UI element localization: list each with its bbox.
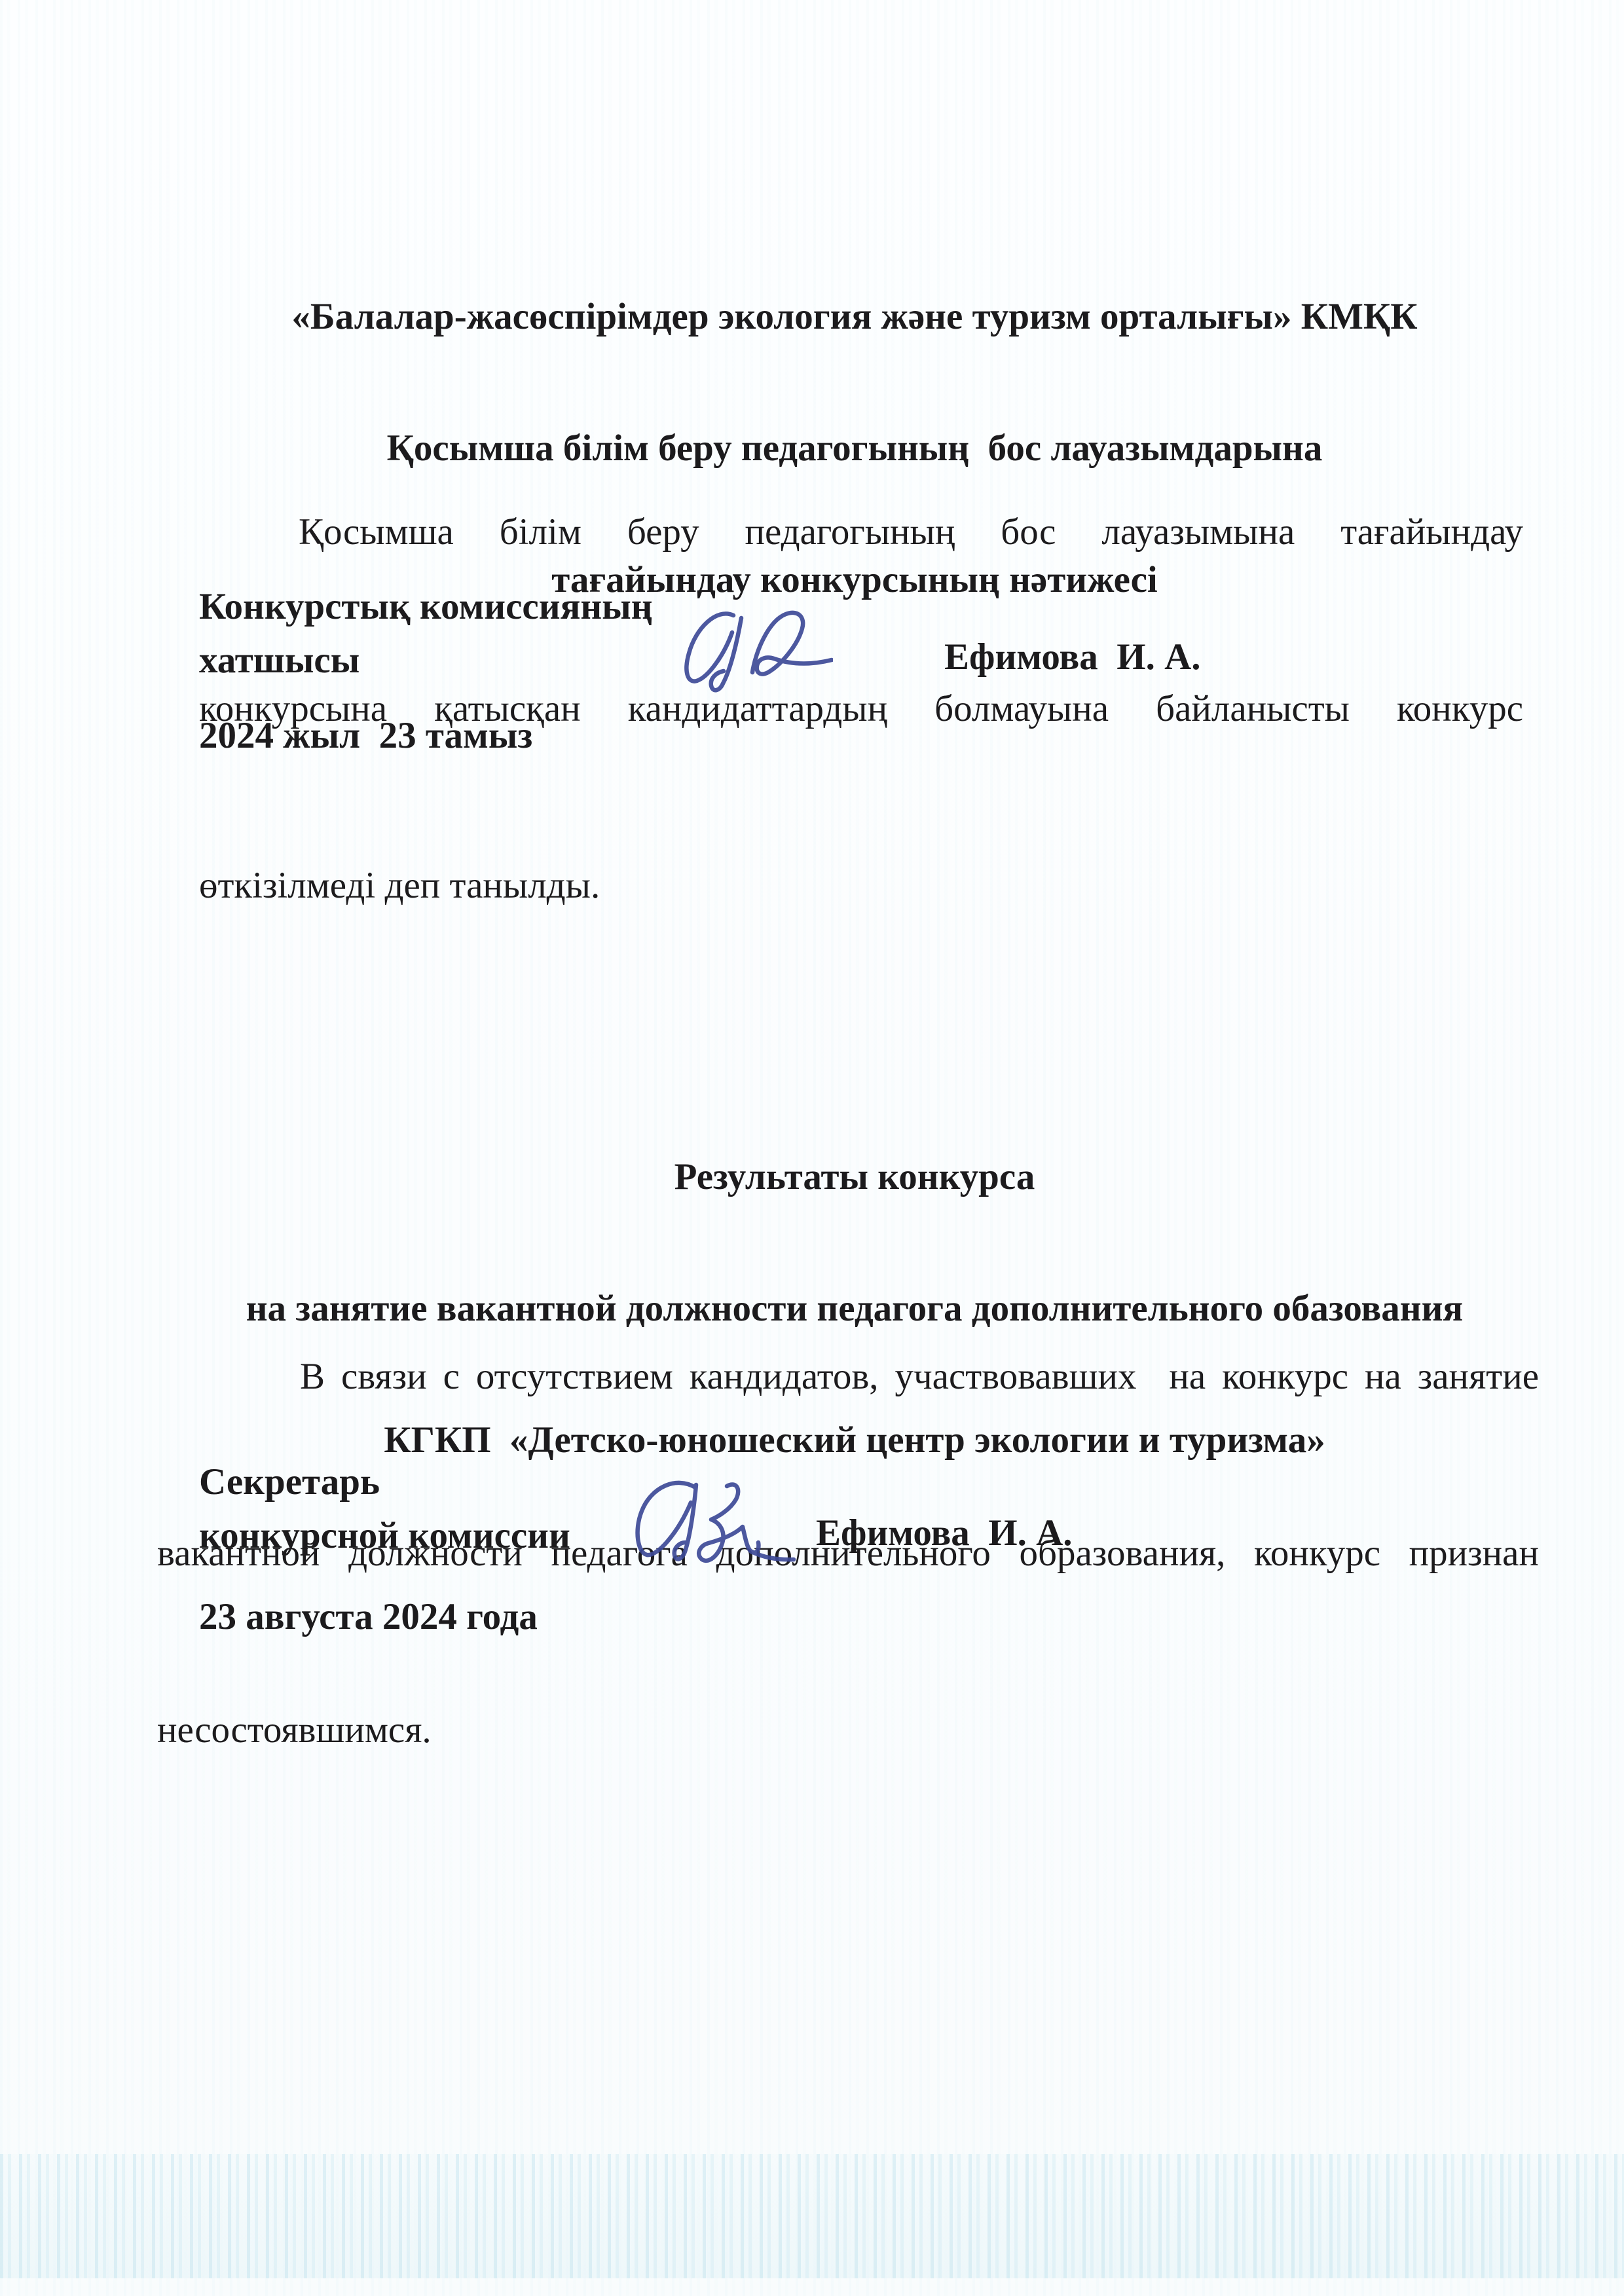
- signature-stroke: [686, 613, 741, 690]
- signature-stroke: [638, 1483, 696, 1559]
- kazakh-signer-role-line-2: хатшысы: [199, 638, 360, 682]
- kazakh-paragraph: Қосымша білім беру педагогының бос лауаз…: [199, 385, 1523, 1033]
- handwritten-signature-1: [682, 609, 833, 695]
- document-page: «Балалар-жасөспірімдер экология және тур…: [0, 0, 1624, 2296]
- kazakh-paragraph-line-1: Қосымша білім беру педагогының бос лауаз…: [199, 503, 1523, 562]
- russian-paragraph-line-3: несостоявшимся.: [157, 1701, 1539, 1760]
- signature-stroke: [752, 613, 832, 674]
- kazakh-signer-name: Ефимова И. А.: [944, 635, 1201, 679]
- kazakh-signer-role-line-1: Конкурстық комиссияның: [199, 585, 653, 629]
- russian-signer-name: Ефимова И. А.: [816, 1511, 1073, 1555]
- scanner-noise-band: [0, 2154, 1624, 2278]
- handwritten-signature-2: [602, 1447, 819, 1663]
- kazakh-paragraph-line-3: өткізілмеді деп танылды.: [199, 856, 1523, 915]
- russian-signer-role-line-1: Секретарь: [199, 1460, 380, 1504]
- signature-stroke: [699, 1484, 794, 1560]
- russian-paragraph-line-1: В связи с отсутствием кандидатов, участв…: [157, 1347, 1539, 1406]
- russian-title-line-1: Результаты конкурса: [164, 1155, 1545, 1199]
- russian-signer-role-line-2: конкурсной комиссии: [199, 1514, 570, 1558]
- kazakh-title-line-1: «Балалар-жасөспірімдер экология және тур…: [164, 295, 1545, 338]
- kazakh-date: 2024 жыл 23 тамыз: [199, 714, 532, 757]
- russian-date: 23 августа 2024 года: [199, 1595, 538, 1639]
